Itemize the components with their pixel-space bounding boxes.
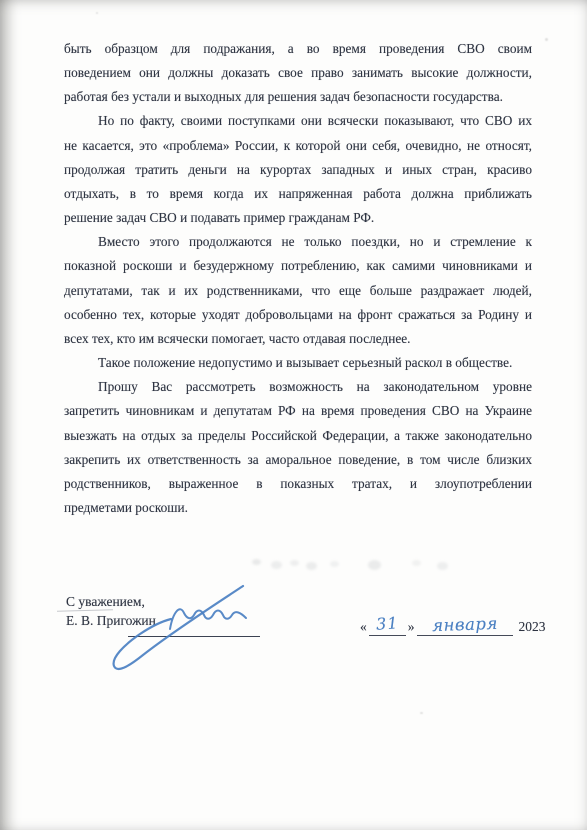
text-line: особенно тех, которые уходят добровольца… bbox=[64, 303, 532, 327]
paragraph-3: Вместо этого продолжаются не только поез… bbox=[64, 230, 532, 351]
scan-speck bbox=[545, 38, 548, 41]
text-line: Такое положение недопустимо и вызывает с… bbox=[64, 351, 532, 375]
text-line: всех тех, кто им всячески помогает, част… bbox=[64, 327, 532, 351]
open-quote: « bbox=[360, 619, 369, 636]
text-line: Вместо этого продолжаются не только поез… bbox=[64, 230, 532, 254]
text-line: закрепить их ответственность за аморальн… bbox=[64, 448, 532, 472]
letter-body: быть образцом для подражания, а во время… bbox=[64, 37, 532, 520]
text-line: быть образцом для подражания, а во время… bbox=[64, 37, 532, 61]
date-block: « 31 » января 2023 bbox=[360, 612, 546, 636]
text-line: показной роскоши и безудержному потребле… bbox=[64, 254, 532, 278]
text-line: Прошу Вас рассмотреть возможность на зак… bbox=[64, 375, 532, 399]
text-line: Но по факту, своими поступками они всяче… bbox=[64, 109, 532, 133]
scan-smudge-artifact bbox=[252, 559, 261, 565]
close-quote: » bbox=[406, 619, 417, 636]
signature-stroke-flourish bbox=[114, 586, 243, 669]
text-line: не касается, это «проблема» России, к ко… bbox=[64, 134, 532, 158]
text-line: запретить чиновникам и депутатам РФ на в… bbox=[64, 399, 532, 423]
text-line: решение задач СВО и подавать пример граж… bbox=[64, 206, 532, 230]
text-line: депутатами, так и их родственниками, что… bbox=[64, 279, 532, 303]
paragraph-5: Прошу Вас рассмотреть возможность на зак… bbox=[64, 375, 532, 520]
handwritten-month: января bbox=[431, 614, 497, 635]
text-line: отдыхать, в то время когда их напряженна… bbox=[64, 182, 532, 206]
paragraph-1: быть образцом для подражания, а во время… bbox=[64, 37, 532, 109]
scan-speck bbox=[420, 712, 423, 714]
scan-speck bbox=[96, 12, 98, 14]
text-line: продолжая тратить деньги на курортах зап… bbox=[64, 158, 532, 182]
date-month-blank: января bbox=[417, 612, 513, 636]
paragraph-4: Такое положение недопустимо и вызывает с… bbox=[64, 351, 532, 375]
date-day-blank: 31 bbox=[369, 612, 406, 636]
text-line: работая без устали и выходных для решени… bbox=[64, 85, 532, 109]
date-year: 2023 bbox=[513, 619, 546, 636]
text-line: поведением они должны доказать свое прав… bbox=[64, 61, 532, 85]
text-line: родственников, выраженное в показных тра… bbox=[64, 472, 532, 496]
text-line: предметами роскоши. bbox=[64, 496, 532, 520]
handwritten-day: 31 bbox=[376, 613, 400, 634]
text-line: выезжать на отдых за пределы Российской … bbox=[64, 424, 532, 448]
paragraph-2: Но по факту, своими поступками они всяче… bbox=[64, 109, 532, 230]
scanned-letter-page: быть образцом для подражания, а во время… bbox=[0, 0, 587, 830]
handwritten-signature bbox=[95, 578, 255, 678]
